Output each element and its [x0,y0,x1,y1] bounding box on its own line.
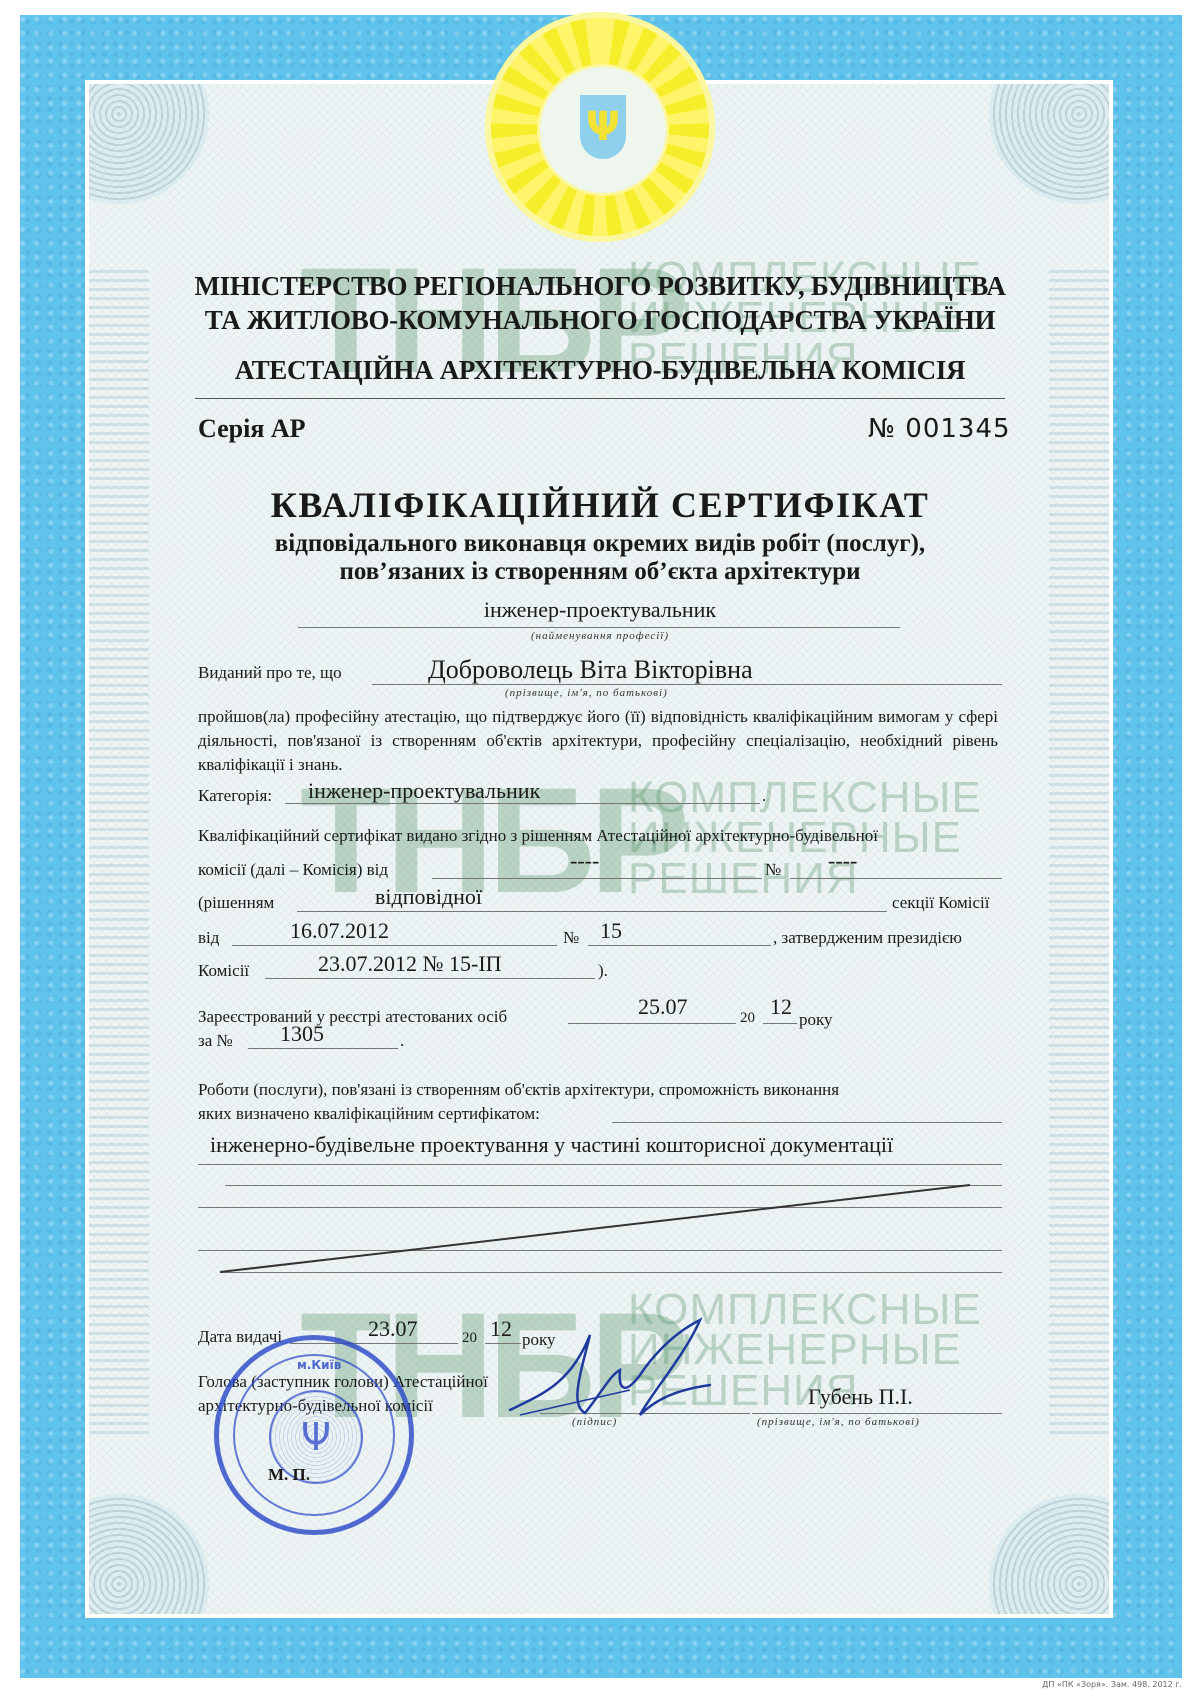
signature [500,1315,730,1445]
issue-date-value: 23.07 [368,1316,418,1342]
official-seal: Ψ м.Київ [214,1335,414,1535]
signatory-name: Губень П.І. [808,1384,913,1410]
seal-place-label: М. П. [268,1465,310,1485]
seal-city: м.Київ [297,1358,341,1372]
issue-year-prefix: 20 [462,1330,477,1347]
signatory-name-caption: (прізвище, ім'я, по батькові) [757,1416,920,1428]
signatory-name-underline [752,1413,1002,1414]
printer-imprint: ДП «ПК «Зоря». Зам. 498. 2012 г. [1042,1680,1182,1689]
